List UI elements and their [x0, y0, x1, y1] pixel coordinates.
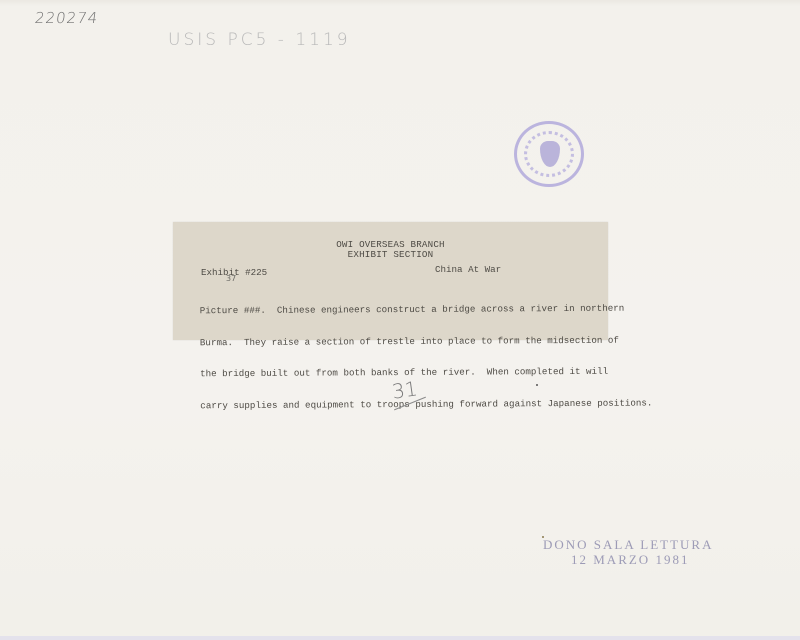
speck	[536, 384, 538, 386]
archive-round-stamp	[514, 121, 584, 187]
inventory-number: 220274	[34, 9, 100, 27]
donation-stamp-line2: 12 MARZO 1981	[571, 552, 689, 568]
caption-line: Picture ###. Chinese engineers construct…	[200, 304, 610, 317]
caption-line: Burma. They raise a section of trestle i…	[200, 335, 610, 348]
page-bottom-edge	[0, 636, 800, 640]
collection-code: USIS PC5 - 1119	[168, 30, 351, 50]
series-title: China At War	[435, 264, 501, 275]
picture-hand-number: 37	[226, 274, 236, 283]
donation-stamp-line1: DONO SALA LETTURA	[543, 537, 714, 553]
caption-card: OWI OVERSEAS BRANCH EXHIBIT SECTION Exhi…	[173, 222, 608, 340]
photo-verso-page: 220274 USIS PC5 - 1119 OWI OVERSEAS BRAN…	[0, 0, 800, 640]
page-number: 31	[390, 376, 419, 403]
caption-text: Picture ###. Chinese engineers construct…	[200, 283, 611, 433]
card-header-section: EXHIBIT SECTION	[173, 249, 608, 260]
shield-emblem-icon	[540, 141, 560, 167]
